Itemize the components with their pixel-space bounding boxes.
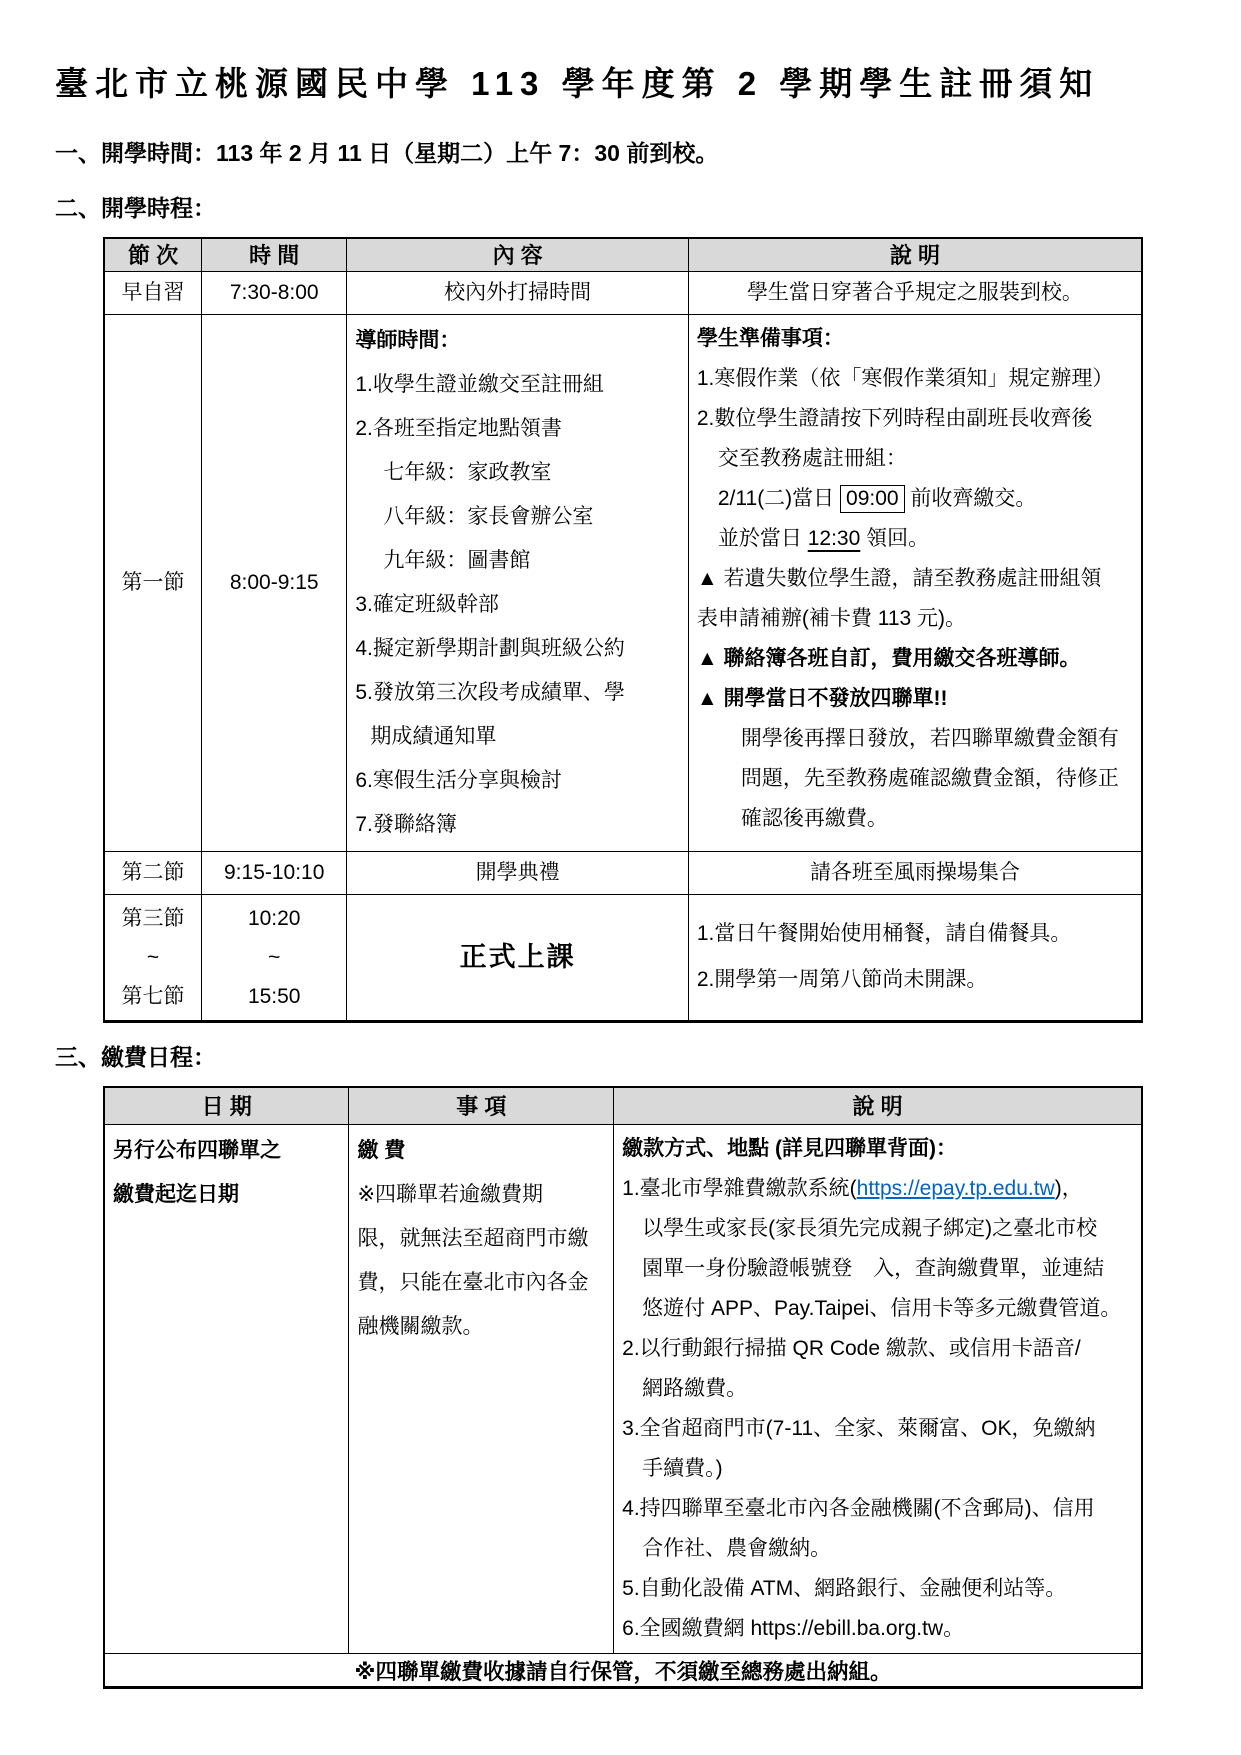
text-line: 6.全國繳費網 https://ebill.ba.org.tw。 (622, 1609, 1133, 1649)
text-segment: 4.擬定新學期計劃與班級公約 (355, 637, 625, 660)
text-line: 問題，先至教務處確認繳費金額，待修正 (697, 759, 1133, 799)
text-line: 融機關繳款。 (357, 1305, 605, 1349)
text-segment: 10:20 (248, 907, 301, 930)
text-line: ※四聯單若逾繳費期 (357, 1173, 605, 1217)
text-segment: 7.發聯絡簿 (355, 813, 457, 836)
text-segment: 並於當日 (718, 527, 808, 550)
row-period-3-7: 第三節~第七節10:20~15:50正式上課1.當日午餐開始使用桶餐，請自備餐具… (104, 894, 1142, 1021)
text-segment: 15:50 (248, 985, 301, 1008)
cell-note: 學生準備事項：1.寒假作業（依「寒假作業須知」規定辦理）2.數位學生證請按下列時… (688, 314, 1142, 851)
header-row: 節 次時 間內 容說 明 (104, 238, 1142, 271)
cell-content: 校內外打掃時間 (347, 271, 689, 314)
text-segment: 第一節 (122, 571, 185, 594)
page-title: 臺北市立桃源國民中學 113 學年度第 2 學期學生註冊須知 (55, 58, 1194, 105)
text-segment: 1.臺北市學雜費繳款系統( (622, 1177, 857, 1200)
text-segment: 5.自動化設備 ATM、網路銀行、金融便利站等。 (622, 1577, 1066, 1600)
text-segment: 開學典禮 (476, 861, 560, 884)
section-heading-opening-time: 一、開學時間：113 年 2 月 11 日（星期二）上午 7：30 前到校。 (55, 135, 1194, 168)
text-segment: 1.寒假作業（依「寒假作業須知」規定辦理） (697, 367, 1114, 390)
text-segment: 早自習 (122, 281, 185, 304)
text-segment: 繳款方式、地點 (詳見四聯單背面)： (622, 1137, 957, 1160)
text-line: 期成績通知單 (355, 715, 680, 759)
text-segment: 繳 費 (357, 1139, 405, 1162)
text-line: 10:20 (210, 899, 338, 938)
text-segment: 以學生或家長(家長須先完成親子綁定)之臺北市校 (642, 1217, 1097, 1240)
column-header: 時 間 (202, 238, 347, 271)
column-header: 說 明 (614, 1087, 1142, 1125)
text-line: 5.自動化設備 ATM、網路銀行、金融便利站等。 (622, 1569, 1133, 1609)
text-segment: 校內外打掃時間 (444, 281, 591, 304)
text-segment: 3.確定班級幹部 (355, 593, 499, 616)
text-line: 第二節 (113, 856, 193, 890)
cell-text: 第二節 (105, 852, 201, 894)
cell-note: 學生當日穿著合乎規定之服裝到校。 (688, 271, 1142, 314)
text-line: 學生當日穿著合乎規定之服裝到校。 (697, 276, 1133, 310)
cell-text: 10:20~15:50 (202, 895, 346, 1020)
cell-time: 10:20~15:50 (202, 894, 347, 1021)
text-line: ▲ 若遺失數位學生證，請至教務處註冊組領 (697, 559, 1133, 599)
text-line: 15:50 (210, 977, 338, 1016)
cell-text: 另行公布四聯單之繳費起迄日期 (105, 1125, 348, 1221)
text-line: 開學典禮 (355, 856, 680, 890)
text-segment: 學生當日穿著合乎規定之服裝到校。 (747, 281, 1083, 304)
cell-content: 開學典禮 (347, 851, 689, 894)
cell-text: 1.當日午餐開始使用桶餐，請自備餐具。2.開學第一周第八節尚未開課。 (689, 907, 1141, 1007)
cell-note: 繳款方式、地點 (詳見四聯單背面)：1.臺北市學雜費繳款系統(https://e… (614, 1125, 1142, 1654)
text-line: 8:00-9:15 (210, 566, 338, 600)
cell-time: 8:00-9:15 (202, 314, 347, 851)
text-line: 第三節 (113, 899, 193, 938)
text-line: 6.寒假生活分享與檢討 (355, 759, 680, 803)
text-line: 開學後再擇日發放，若四聯單繳費金額有 (697, 719, 1133, 759)
text-segment: )， (1055, 1177, 1083, 1200)
text-line: 悠遊付 APP、Pay.Taipei、信用卡等多元繳費管道。 (622, 1289, 1133, 1329)
text-segment: 8:00-9:15 (230, 571, 319, 594)
cell-text: 開學典禮 (347, 852, 688, 894)
cell-content: 導師時間：1.收學生證並繳交至註冊組2.各班至指定地點領書七年級：家政教室八年級… (347, 314, 689, 851)
text-segment: 4.持四聯單至臺北市內各金融機關(不含郵局)、信用 (622, 1497, 1095, 1520)
text-segment: 學生準備事項： (697, 327, 844, 350)
cell-text: 7:30-8:00 (202, 272, 346, 314)
text-segment: 期成績通知單 (370, 725, 496, 748)
text-line: ▲ 聯絡簿各班自訂，費用繳交各班導師。 (697, 639, 1133, 679)
cell-text: 第三節~第七節 (105, 895, 201, 1020)
underlined-time-value: 12:30 (808, 527, 861, 550)
row-payment: 另行公布四聯單之繳費起迄日期繳 費※四聯單若逾繳費期限，就無法至超商門市繳費，只… (104, 1125, 1142, 1654)
text-line: 早自習 (113, 276, 193, 310)
row-period-1: 第一節8:00-9:15導師時間：1.收學生證並繳交至註冊組2.各班至指定地點領… (104, 314, 1142, 851)
text-line: 2/11(二)當日 09:00 前收齊繳交。 (697, 479, 1133, 519)
text-segment: 確認後再繳費。 (741, 807, 888, 830)
section-heading-opening-schedule: 二、開學時程： (55, 190, 1194, 223)
cell-text: 8:00-9:15 (202, 562, 346, 604)
text-line: 並於當日 12:30 領回。 (697, 519, 1133, 559)
text-line: 第一節 (113, 566, 193, 600)
text-segment: 八年級：家長會辦公室 (383, 505, 593, 528)
cell-text: 校內外打掃時間 (347, 272, 688, 314)
cell-time: 9:15-10:10 (202, 851, 347, 894)
text-line: 2.各班至指定地點領書 (355, 407, 680, 451)
text-segment: 悠遊付 APP、Pay.Taipei、信用卡等多元繳費管道。 (642, 1297, 1121, 1320)
cell-text: 學生當日穿著合乎規定之服裝到校。 (689, 272, 1141, 314)
text-segment: 2.各班至指定地點領書 (355, 417, 562, 440)
text-segment: 網路繳費。 (642, 1377, 747, 1400)
text-line: 2.數位學生證請按下列時程由副班長收齊後 (697, 399, 1133, 439)
text-line: ~ (113, 938, 193, 977)
text-line: 以學生或家長(家長須先完成親子綁定)之臺北市校 (622, 1209, 1133, 1249)
text-segment: 5.發放第三次段考成績單、學 (355, 681, 625, 704)
text-line: 2.以行動銀行掃描 QR Code 繳款、或信用卡語音/ (622, 1329, 1133, 1369)
cell-text: 第一節 (105, 562, 201, 604)
text-line: 1.臺北市學雜費繳款系統(https://epay.tp.edu.tw)， (622, 1169, 1133, 1209)
text-line: 八年級：家長會辦公室 (355, 495, 680, 539)
text-segment: 另行公布四聯單之 (113, 1139, 281, 1162)
text-segment: 請各班至風雨操場集合 (810, 861, 1020, 884)
text-segment: 6.全國繳費網 https://ebill.ba.org.tw。 (622, 1617, 964, 1640)
cell-period: 第二節 (104, 851, 202, 894)
cell-text: 導師時間：1.收學生證並繳交至註冊組2.各班至指定地點領書七年級：家政教室八年級… (347, 315, 688, 851)
row-period-2: 第二節9:15-10:10開學典禮請各班至風雨操場集合 (104, 851, 1142, 894)
text-line: 手續費。) (622, 1449, 1133, 1489)
cell-text: 學生準備事項：1.寒假作業（依「寒假作業須知」規定辦理）2.數位學生證請按下列時… (689, 315, 1141, 843)
receipt-note-text: ※四聯單繳費收據請自行保管，不須繳至總務處出納組。 (105, 1655, 1141, 1686)
cell-period: 第一節 (104, 314, 202, 851)
text-line: 七年級：家政教室 (355, 451, 680, 495)
row-morning-study: 早自習7:30-8:00校內外打掃時間學生當日穿著合乎規定之服裝到校。 (104, 271, 1142, 314)
text-line: 4.擬定新學期計劃與班級公約 (355, 627, 680, 671)
text-segment: 費，只能在臺北市內各金 (357, 1271, 588, 1294)
text-line: 7:30-8:00 (210, 276, 338, 310)
header-row: 日 期事 項說 明 (104, 1087, 1142, 1125)
text-segment: 領回。 (860, 527, 929, 550)
text-line: 合作社、農會繳納。 (622, 1529, 1133, 1569)
text-segment: ~ (268, 946, 280, 969)
text-line: 繳費起迄日期 (113, 1173, 340, 1217)
text-line: 另行公布四聯單之 (113, 1129, 340, 1173)
text-line: 九年級：圖書館 (355, 539, 680, 583)
text-line: 學生準備事項： (697, 319, 1133, 359)
text-segment: 2.以行動銀行掃描 QR Code 繳款、或信用卡語音/ (622, 1337, 1081, 1360)
text-line: 費，只能在臺北市內各金 (357, 1261, 605, 1305)
cell-item: 繳 費※四聯單若逾繳費期限，就無法至超商門市繳費，只能在臺北市內各金融機關繳款。 (349, 1125, 614, 1654)
text-segment: 7:30-8:00 (230, 281, 319, 304)
text-segment: 9:15-10:10 (224, 861, 324, 884)
cell-period: 早自習 (104, 271, 202, 314)
text-line: ▲ 開學當日不發放四聯單!! (697, 679, 1133, 719)
text-segment: 第二節 (122, 861, 185, 884)
text-segment: 第七節 (122, 985, 185, 1008)
text-line: 請各班至風雨操場集合 (697, 856, 1133, 890)
text-line: 園單一身份驗證帳號登 入，查詢繳費單，並連結 (622, 1249, 1133, 1289)
text-line: 1.當日午餐開始使用桶餐，請自備餐具。 (697, 911, 1133, 957)
text-segment: 表申請補辦(補卡費 113 元)。 (697, 607, 966, 630)
text-segment: 1.收學生證並繳交至註冊組 (355, 373, 604, 396)
cell-text: 請各班至風雨操場集合 (689, 852, 1141, 894)
text-segment: 繳費起迄日期 (113, 1183, 239, 1206)
text-segment: ※四聯單若逾繳費期 (357, 1183, 543, 1206)
cell-note: 1.當日午餐開始使用桶餐，請自備餐具。2.開學第一周第八節尚未開課。 (688, 894, 1142, 1021)
text-segment: 限，就無法至超商門市繳 (357, 1227, 588, 1250)
column-header: 日 期 (104, 1087, 349, 1125)
epay-link[interactable]: https://epay.tp.edu.tw (857, 1177, 1055, 1200)
column-header: 內 容 (347, 238, 689, 271)
cell-note: 請各班至風雨操場集合 (688, 851, 1142, 894)
text-segment: 交至教務處註冊組： (718, 447, 907, 470)
text-line: 確認後再繳費。 (697, 799, 1133, 839)
boxed-time-value: 09:00 (840, 485, 905, 513)
text-line: 網路繳費。 (622, 1369, 1133, 1409)
text-segment: 2.開學第一周第八節尚未開課。 (697, 968, 988, 991)
text-line: 導師時間： (355, 319, 680, 363)
cell-text: 早自習 (105, 272, 201, 314)
cell-receipt-note: ※四聯單繳費收據請自行保管，不須繳至總務處出納組。 (104, 1654, 1142, 1688)
cell-period: 第三節~第七節 (104, 894, 202, 1021)
text-segment: 合作社、農會繳納。 (642, 1537, 831, 1560)
text-line: 表申請補辦(補卡費 113 元)。 (697, 599, 1133, 639)
text-line: 5.發放第三次段考成績單、學 (355, 671, 680, 715)
text-segment: 1.當日午餐開始使用桶餐，請自備餐具。 (697, 922, 1072, 945)
text-segment: 手續費。) (642, 1457, 723, 1480)
column-header: 節 次 (104, 238, 202, 271)
section-heading-payment-schedule: 三、繳費日程： (55, 1039, 1194, 1072)
schedule-table: 節 次時 間內 容說 明早自習7:30-8:00校內外打掃時間學生當日穿著合乎規… (103, 237, 1143, 1023)
text-segment: 2/11(二)當日 (718, 487, 840, 510)
text-line: ~ (210, 938, 338, 977)
text-line: 1.收學生證並繳交至註冊組 (355, 363, 680, 407)
text-segment: 問題，先至教務處確認繳費金額，待修正 (741, 767, 1119, 790)
text-segment: 融機關繳款。 (357, 1315, 483, 1338)
text-segment: 導師時間： (355, 329, 460, 352)
text-segment: ~ (147, 946, 159, 969)
cell-text: 繳款方式、地點 (詳見四聯單背面)：1.臺北市學雜費繳款系統(https://e… (614, 1125, 1141, 1653)
text-line: 限，就無法至超商門市繳 (357, 1217, 605, 1261)
payment-table: 日 期事 項說 明另行公布四聯單之繳費起迄日期繳 費※四聯單若逾繳費期限，就無法… (103, 1086, 1143, 1690)
text-line: 校內外打掃時間 (355, 276, 680, 310)
text-segment: 九年級：圖書館 (383, 549, 530, 572)
text-segment: 3.全省超商門市(7-11、全家、萊爾富、OK，免繳納 (622, 1417, 1095, 1440)
text-line: 2.開學第一周第八節尚未開課。 (697, 957, 1133, 1003)
text-line: 4.持四聯單至臺北市內各金融機關(不含郵局)、信用 (622, 1489, 1133, 1529)
cell-date: 另行公布四聯單之繳費起迄日期 (104, 1125, 349, 1654)
text-segment: 七年級：家政教室 (383, 461, 551, 484)
cell-time: 7:30-8:00 (202, 271, 347, 314)
cell-text: 繳 費※四聯單若逾繳費期限，就無法至超商門市繳費，只能在臺北市內各金融機關繳款。 (349, 1125, 613, 1353)
text-line: 交至教務處註冊組： (697, 439, 1133, 479)
text-line: 第七節 (113, 977, 193, 1016)
document-page: 臺北市立桃源國民中學 113 學年度第 2 學期學生註冊須知 一、開學時間：11… (0, 0, 1241, 1689)
row-receipt-note: ※四聯單繳費收據請自行保管，不須繳至總務處出納組。 (104, 1654, 1142, 1688)
text-line: 3.全省超商門市(7-11、全家、萊爾富、OK，免繳納 (622, 1409, 1133, 1449)
text-line: 繳 費 (357, 1129, 605, 1173)
text-line: 繳款方式、地點 (詳見四聯單背面)： (622, 1129, 1133, 1169)
text-segment: 2.數位學生證請按下列時程由副班長收齊後 (697, 407, 1093, 430)
text-line: 3.確定班級幹部 (355, 583, 680, 627)
column-header: 事 項 (349, 1087, 614, 1125)
cell-text: 9:15-10:10 (202, 852, 346, 894)
cell-content: 正式上課 (347, 894, 689, 1021)
text-segment: 園單一身份驗證帳號登 入，查詢繳費單，並連結 (642, 1257, 1104, 1280)
text-segment: ▲ 聯絡簿各班自訂，費用繳交各班導師。 (697, 647, 1081, 670)
text-segment: ▲ 開學當日不發放四聯單!! (697, 687, 948, 710)
column-header: 說 明 (688, 238, 1142, 271)
text-segment: 第三節 (122, 907, 185, 930)
cell-text: 正式上課 (347, 936, 688, 978)
text-line: 7.發聯絡簿 (355, 803, 680, 847)
text-segment: 前收齊繳交。 (905, 487, 1037, 510)
text-segment: 6.寒假生活分享與檢討 (355, 769, 562, 792)
text-segment: 正式上課 (460, 942, 576, 972)
text-segment: ▲ 若遺失數位學生證，請至教務處註冊組領 (697, 567, 1102, 590)
text-segment: 開學後再擇日發放，若四聯單繳費金額有 (741, 727, 1119, 750)
text-line: 9:15-10:10 (210, 856, 338, 890)
text-line: 1.寒假作業（依「寒假作業須知」規定辦理） (697, 359, 1133, 399)
text-line: 正式上課 (355, 940, 680, 974)
